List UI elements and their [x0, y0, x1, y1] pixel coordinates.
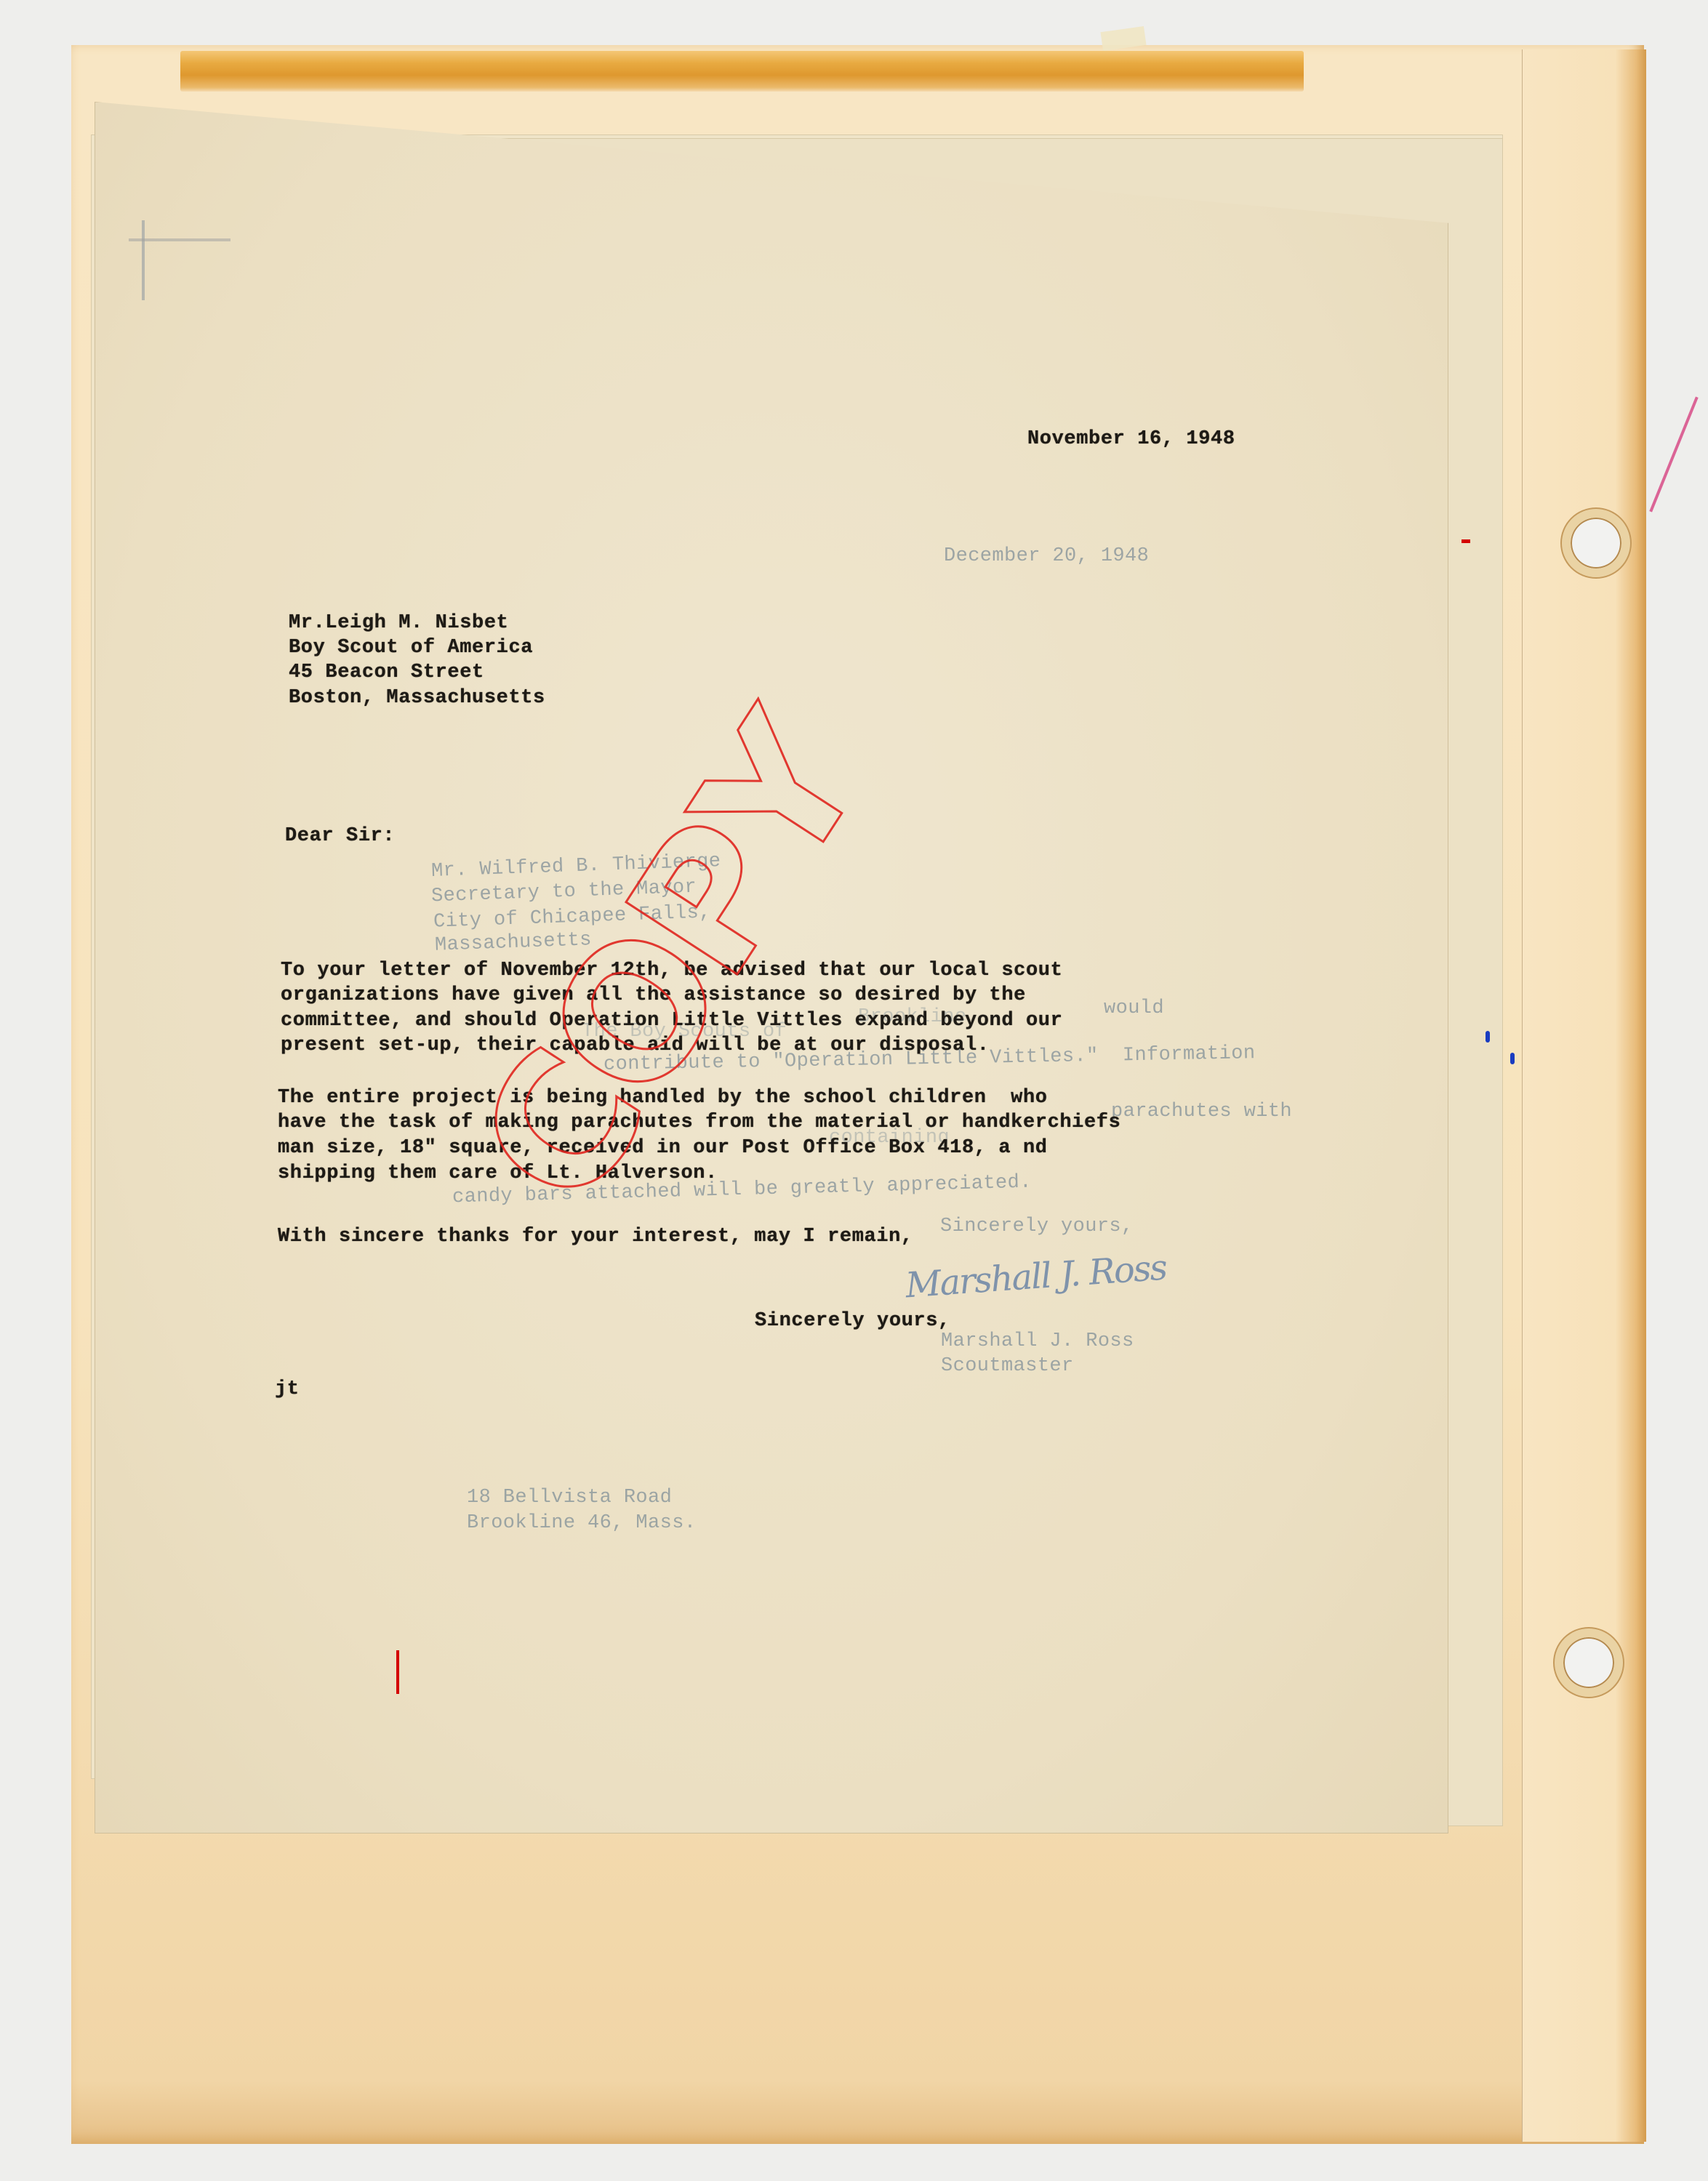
red-margin-tick: [396, 1650, 399, 1694]
underlying-address-line1: 18 Bellvista Road: [467, 1485, 672, 1510]
red-margin-tick-right: [1462, 539, 1470, 543]
pencil-cross-mark: [142, 220, 145, 300]
letter-date: November 16, 1948: [1027, 427, 1235, 451]
binder-strip: [1522, 49, 1646, 2142]
recipient-line: 45 Beacon Street: [289, 660, 484, 685]
binder-hole-bottom: [1555, 1628, 1623, 1697]
underlying-closing: Sincerely yours,: [940, 1214, 1134, 1239]
body-line: have the task of making parachutes from …: [278, 1110, 1120, 1135]
underlying-signer-title: Scoutmaster: [941, 1354, 1074, 1378]
blue-ink-dot: [1486, 1031, 1490, 1043]
recipient-line: Boy Scout of America: [289, 635, 533, 660]
blue-ink-dot-2: [1510, 1053, 1515, 1064]
typist-initials: jt: [275, 1377, 300, 1402]
recipient-line: Boston, Massachusetts: [289, 686, 545, 710]
underlying-signer-name: Marshall J. Ross: [941, 1329, 1134, 1354]
recipient-line: Mr.Leigh M. Nisbet: [289, 611, 508, 635]
underlying-fragment: would: [1104, 996, 1164, 1021]
adhesive-tape-strip: [180, 51, 1304, 92]
underlying-fragment: parachutes with: [1111, 1099, 1292, 1124]
underlying-date: December 20, 1948: [944, 544, 1149, 569]
pencil-cross-mark-h: [129, 238, 230, 241]
salutation: Dear Sir:: [285, 824, 395, 848]
complimentary-close: Sincerely yours,: [755, 1309, 950, 1333]
binder-hole-top: [1562, 509, 1630, 577]
underlying-address-line2: Brookline 46, Mass.: [467, 1511, 696, 1535]
pencil-pink-mark: [1649, 396, 1698, 512]
